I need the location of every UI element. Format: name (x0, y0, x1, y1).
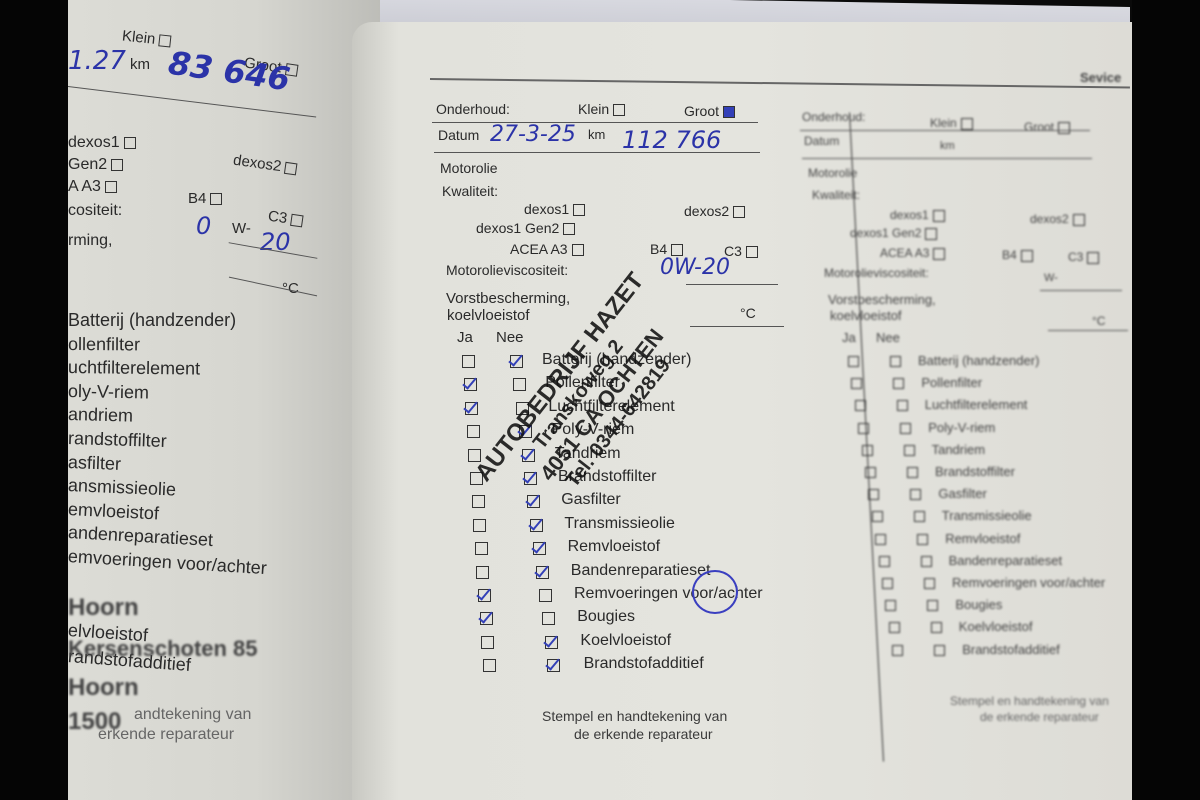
checklist-item-label: Transmissieolie (564, 515, 675, 533)
left-b4: B4 (188, 190, 222, 207)
left-viscosity-w: W- (232, 220, 251, 237)
ja-checkbox[interactable] (481, 636, 494, 649)
left-checklist-item: ansmissieolie (68, 475, 176, 501)
r-acea-a3: ACEA A3 (880, 246, 945, 260)
r-checklist-item-label: Transmissieolie (942, 508, 1032, 523)
r-dexos1-gen2: dexos1 Gen2 (850, 226, 937, 240)
dexos2-checkbox[interactable] (733, 206, 745, 218)
r-motorolie-label: Motorolie (808, 166, 857, 180)
r-ja-header: Ja (842, 330, 856, 345)
r-dexos1: dexos1 (890, 208, 945, 222)
r-ja-checkbox[interactable] (855, 400, 866, 411)
r-b4: B4 (1002, 248, 1033, 262)
km-value: 112 766 (622, 126, 721, 154)
r-checklist-item-label: Luchtfilterelement (925, 397, 1028, 412)
r-footer-1: Stempel en handtekening van (950, 694, 1109, 708)
left-checklist-item: uchtfilterelement (68, 357, 200, 380)
left-c3: C3 (267, 208, 304, 230)
checklist-item-label: Brandstofadditief (584, 655, 704, 673)
nee-checkbox[interactable] (510, 355, 523, 368)
r-nee-checkbox[interactable] (907, 467, 918, 478)
r-checklist-item-label: Bandenreparatieset (949, 553, 1062, 568)
kwaliteit-label: Kwaliteit: (442, 183, 498, 199)
r-frost-line (1048, 330, 1128, 331)
r-viscosity-line (1040, 290, 1122, 291)
ja-checkbox[interactable] (476, 566, 489, 579)
r-nee-checkbox[interactable] (934, 645, 945, 656)
r-ja-checkbox[interactable] (892, 645, 903, 656)
nee-checkbox[interactable] (539, 589, 552, 602)
datum-line (434, 152, 760, 153)
r-dexos2: dexos2 (1030, 212, 1085, 226)
datum-label: Datum (438, 127, 479, 143)
r-nee-checkbox[interactable] (924, 578, 935, 589)
left-footer-1: andtekening van (134, 706, 251, 724)
left-km-label: km (130, 56, 150, 73)
acea-a3-checkbox[interactable] (572, 244, 584, 256)
r-checklist-item-label: Pollenfilter (921, 375, 982, 390)
frost-label-2: koelvloeistof (447, 307, 530, 324)
ja-checkbox[interactable] (465, 402, 478, 415)
dexos1-option: dexos1 (524, 201, 585, 217)
left-frost-label: rming, (68, 232, 112, 250)
r-ja-checkbox[interactable] (858, 423, 869, 434)
r-nee-checkbox[interactable] (897, 400, 908, 411)
c3-checkbox[interactable] (746, 246, 758, 258)
checklist-item-label: Koelvloeistof (580, 632, 671, 650)
ja-checkbox[interactable] (467, 425, 480, 438)
viscosity-label: Motorolieviscositeit: (446, 262, 568, 278)
checklist-item-label: Remvloeistof (568, 538, 660, 556)
r-viscosity-w: W- (1044, 272, 1058, 284)
ja-checkbox[interactable] (478, 589, 491, 602)
r-frost-label-1: Vorstbescherming, (828, 292, 936, 307)
ja-header: Ja (457, 329, 473, 346)
r-nee-checkbox[interactable] (900, 423, 911, 434)
ja-checkbox[interactable] (475, 542, 488, 555)
r-ja-checkbox[interactable] (879, 556, 890, 567)
left-footer-2: erkende reparateur (98, 726, 234, 744)
left-checklist-item: asfilter (68, 452, 121, 475)
ja-checkbox[interactable] (462, 355, 475, 368)
r-ja-checkbox[interactable] (882, 578, 893, 589)
page-top-rule (430, 78, 1130, 89)
r-frost-label-2: koelvloeistof (830, 308, 902, 323)
ja-checkbox[interactable] (472, 495, 485, 508)
r-nee-checkbox[interactable] (890, 356, 901, 367)
left-checklist-item: emvoeringen voor/achter (68, 546, 267, 579)
left-checklist-item: randstoffilter (68, 428, 167, 452)
ja-checkbox[interactable] (480, 612, 493, 625)
dexos2-option: dexos2 (684, 203, 745, 219)
middle-footer-2: de erkende reparateur (574, 726, 713, 742)
left-celsius-line (229, 277, 317, 297)
ja-checkbox[interactable] (483, 659, 496, 672)
nee-header: Nee (496, 329, 524, 346)
left-checklist-item: andriem (68, 404, 133, 427)
r-ja-checkbox[interactable] (885, 600, 896, 611)
klein-option: Klein (578, 101, 625, 117)
r-ja-checkbox[interactable] (875, 534, 886, 545)
r-checklist-item-label: Tandriem (932, 442, 985, 457)
r-nee-checkbox[interactable] (931, 622, 942, 633)
dexos1-checkbox[interactable] (573, 204, 585, 216)
left-checklist-item: emvloeistof (68, 499, 159, 524)
r-ja-checkbox[interactable] (889, 622, 900, 633)
left-stamp-ghost-1: Hoorn (68, 594, 139, 622)
checklist-item-label: Bandenreparatieset (571, 562, 711, 580)
corner-label: Sevice (1080, 70, 1121, 85)
left-quality-gen2: Gen2 (68, 156, 123, 174)
r-checklist-item-label: Remvoeringen voor/achter (952, 575, 1105, 590)
r-kwaliteit-label: Kwaliteit: (812, 188, 860, 202)
viscosity-value: 0W-20 (660, 255, 730, 280)
r-km-label: km (940, 140, 955, 152)
r-ja-checkbox[interactable] (872, 511, 883, 522)
groot-option: Groot (684, 103, 735, 119)
r-footer-2: de erkende reparateur (980, 710, 1099, 724)
background-right (1132, 0, 1200, 800)
r-nee-checkbox[interactable] (910, 489, 921, 500)
left-page: Klein Groot 1.27 km 83 646 dexos1 Gen2 A… (68, 0, 380, 800)
groot-checkbox[interactable] (723, 106, 735, 118)
r-checklist-item-label: Gasfilter (938, 486, 986, 501)
left-checklist-item: ollenfilter (68, 334, 140, 355)
r-nee-header: Nee (876, 330, 900, 345)
r-nee-checkbox[interactable] (927, 600, 938, 611)
left-viscosity-0: 0 (196, 212, 211, 240)
onderhoud-line (432, 122, 758, 123)
motorolie-label: Motorolie (440, 160, 498, 176)
r-ja-checkbox[interactable] (851, 378, 862, 389)
nee-checkbox[interactable] (545, 636, 558, 649)
acea-a3-option: ACEA A3 (510, 241, 584, 257)
nee-checkbox[interactable] (542, 612, 555, 625)
left-checklist-item: oly-V-riem (68, 381, 149, 403)
r-checklist-item-label: Remvloeistof (945, 531, 1020, 546)
ja-checkbox[interactable] (464, 378, 477, 391)
r-ja-checkbox[interactable] (868, 489, 879, 500)
frost-label-1: Vorstbescherming, (446, 290, 570, 307)
dexos1-gen2-checkbox[interactable] (563, 223, 575, 235)
left-date-value: 1.27 (68, 46, 126, 76)
checklist-item-label: Bougies (577, 608, 635, 626)
left-stamp-ghost-2: Kersenschoten 85 (68, 636, 258, 662)
r-c3: C3 (1068, 250, 1099, 264)
nee-checkbox[interactable] (533, 542, 546, 555)
r-groot-option: Groot (1024, 120, 1070, 134)
nee-checkbox[interactable] (536, 566, 549, 579)
r-onderhoud-label: Onderhoud: (802, 110, 865, 124)
nee-checkbox[interactable] (547, 659, 560, 672)
datum-value: 27-3-25 (490, 122, 576, 147)
left-dexos2: dexos2 (232, 152, 298, 178)
r-checklist-item-label: Poly-V-riem (928, 420, 995, 435)
r-klein-option: Klein (930, 116, 973, 130)
ja-checkbox[interactable] (473, 519, 486, 532)
nee-checkbox[interactable] (513, 378, 526, 391)
r-checklist-item-label: Koelvloeistof (959, 619, 1033, 634)
left-viscosity-label: cositeit: (68, 202, 122, 220)
r-nee-checkbox[interactable] (914, 511, 925, 522)
background-left (0, 0, 68, 800)
r-celsius: °C (1092, 314, 1105, 328)
left-checklist-item: Batterij (handzender) (68, 310, 236, 331)
signature (692, 570, 738, 614)
r-ja-checkbox[interactable] (848, 356, 859, 367)
frost-celsius: °C (740, 305, 756, 321)
middle-footer-1: Stempel en handtekening van (542, 708, 727, 724)
r-datum-label: Datum (804, 134, 839, 148)
left-klein: Klein (121, 27, 172, 49)
r-ja-checkbox[interactable] (862, 445, 873, 456)
r-checklist-item-label: Bougies (955, 597, 1002, 612)
r-checklist-item-label: Batterij (handzender) (918, 353, 1039, 368)
r-ja-checkbox[interactable] (865, 467, 876, 478)
r-viscosity-label: Motorolieviscositeit: (824, 266, 929, 280)
left-quality-dexos1: dexos1 (68, 134, 136, 152)
klein-checkbox[interactable] (613, 104, 625, 116)
r-checklist-item-label: Brandstoffilter (935, 464, 1015, 479)
r-nee-checkbox[interactable] (893, 378, 904, 389)
km-label: km (588, 127, 605, 142)
left-stamp-ghost-3: Hoorn (68, 674, 139, 702)
r-nee-checkbox[interactable] (917, 534, 928, 545)
r-onderhoud-line (800, 130, 1090, 131)
left-km-value: 83 646 (166, 44, 293, 99)
r-nee-checkbox[interactable] (921, 556, 932, 567)
viscosity-line (686, 284, 778, 285)
onderhoud-label: Onderhoud: (436, 101, 510, 117)
dexos1-gen2-option: dexos1 Gen2 (476, 220, 575, 236)
r-datum-line (802, 158, 1092, 159)
r-nee-checkbox[interactable] (904, 445, 915, 456)
left-quality-a3: A A3 (68, 178, 117, 196)
r-checklist-item-label: Brandstofadditief (962, 642, 1060, 657)
